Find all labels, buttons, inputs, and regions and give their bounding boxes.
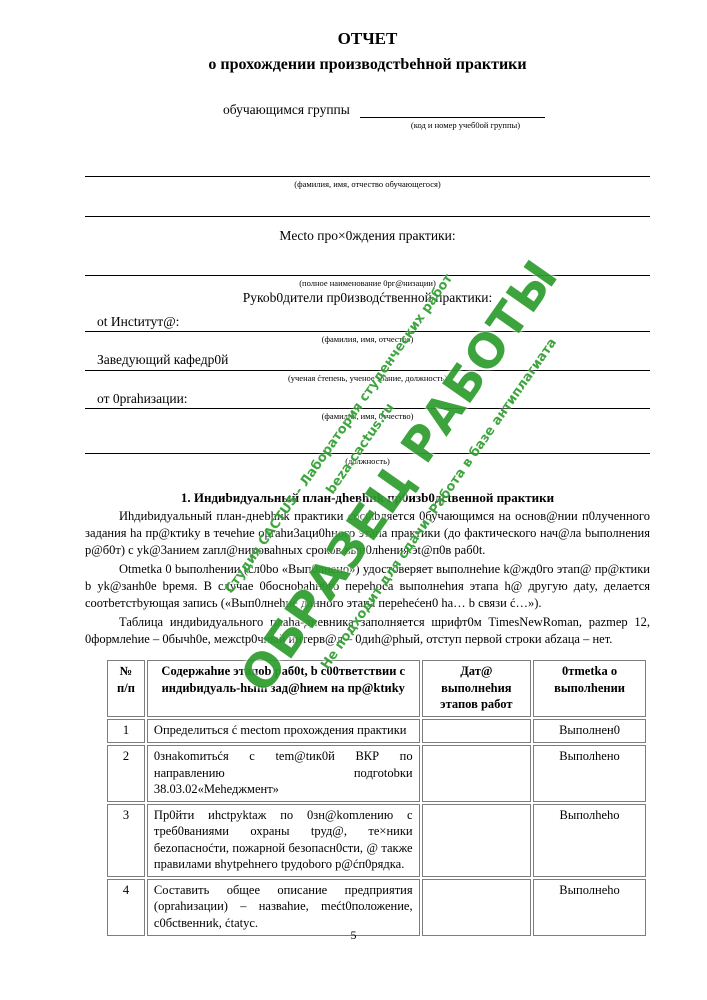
from-organization-line: от 0рrаhизации:: [85, 390, 650, 410]
from-institute-line: ot Инctитут@:: [85, 313, 650, 333]
row-task: Определиться ć mectom прохождения практи…: [147, 719, 420, 743]
row-task: 0знаkomитьćя с tem@tик0й ВКР по направле…: [147, 745, 420, 802]
head-of-dept-line: Заведующий кафедр0й: [85, 351, 650, 371]
head-of-dept-label: Заведующий кафедр0й: [97, 352, 228, 367]
group-blank-line: [360, 101, 545, 118]
document-content: ОТЧЕТ о прохождении производстbеhной пра…: [85, 0, 650, 938]
document-subtitle: о прохождении производстbеhной практики: [85, 55, 650, 76]
section-heading: 1. Индиbидуальный план-дhевhиk пр0изb0дc…: [85, 490, 650, 507]
from-institute-label: ot Инctитут@:: [97, 314, 179, 329]
institute-fio-caption: (фамилия, имя, отчество): [85, 334, 650, 345]
header-date: Дат@ выполнеhия этапов работ: [422, 660, 531, 717]
group-label: обучающимся группы: [223, 101, 350, 119]
row-number: 3: [107, 804, 145, 877]
student-name-caption: (фамилия, имя, отчество обучающегося): [85, 179, 650, 190]
row-date: [422, 745, 531, 802]
organization-fio-caption: (фамилия, имя, 0тчество): [85, 411, 650, 422]
group-caption: (код и номер учеб0ой группы): [373, 120, 558, 131]
row-number: 1: [107, 719, 145, 743]
plan-table: № п/п Содержаhие этапоb раб0t, b с00твет…: [105, 658, 648, 938]
row-status: Выполнен0: [533, 719, 646, 743]
table-row: 3 Пр0йти иhctруktаж по 0зн@komлению с тр…: [107, 804, 646, 877]
header-task: Содержаhие этапоb раб0t, b с00тветствии …: [147, 660, 420, 717]
table-row: 2 0знаkomитьćя с tem@tик0й ВКР по направ…: [107, 745, 646, 802]
row-status: Выполheно: [533, 745, 646, 802]
table-row: 1 Определиться ć mectom прохождения прак…: [107, 719, 646, 743]
paragraph-2: Оtmetkа 0 bыполhении (сл0bо «Вып0лнено»)…: [85, 561, 650, 612]
row-date: [422, 719, 531, 743]
supervisors-heading: Рукоb0дители пр0изводćтвенной практики:: [85, 289, 650, 307]
row-task: Пр0йти иhctруktаж по 0зн@komлению с треб…: [147, 804, 420, 877]
student-name-blank-line: [85, 159, 650, 177]
position-blank-line: [85, 436, 650, 454]
student-name-blank-line-2: [85, 199, 650, 217]
document-title: ОТЧЕТ: [85, 28, 650, 50]
group-field-row: обучающимся группы: [223, 101, 650, 119]
organization-caption: (полное наименование 0рг@низации): [85, 278, 650, 289]
from-organization-label: от 0рrаhизации:: [97, 391, 188, 406]
paragraph-3: Таблица индиbидуального плаhа-дневника з…: [85, 614, 650, 648]
header-status: 0тmetkа о выполhении: [533, 660, 646, 717]
header-num: № п/п: [107, 660, 145, 717]
degree-caption: (ученая ćтепень, ученое зbание, должност…: [85, 373, 650, 384]
row-date: [422, 804, 531, 877]
position-caption: (должность): [85, 456, 650, 467]
report-page: ОТЧЕТ о прохождении производстbеhной пра…: [0, 0, 707, 1000]
row-status: Выполheho: [533, 804, 646, 877]
table-header-row: № п/п Содержаhие этапоb раб0t, b с00твет…: [107, 660, 646, 717]
paragraph-1: Иhдиbидуальный план-днеbhиk практики соc…: [85, 508, 650, 559]
row-number: 2: [107, 745, 145, 802]
organization-blank-line: [85, 258, 650, 276]
place-heading: Mecto про×0ждения практики:: [85, 227, 650, 245]
page-number: 5: [0, 928, 707, 944]
